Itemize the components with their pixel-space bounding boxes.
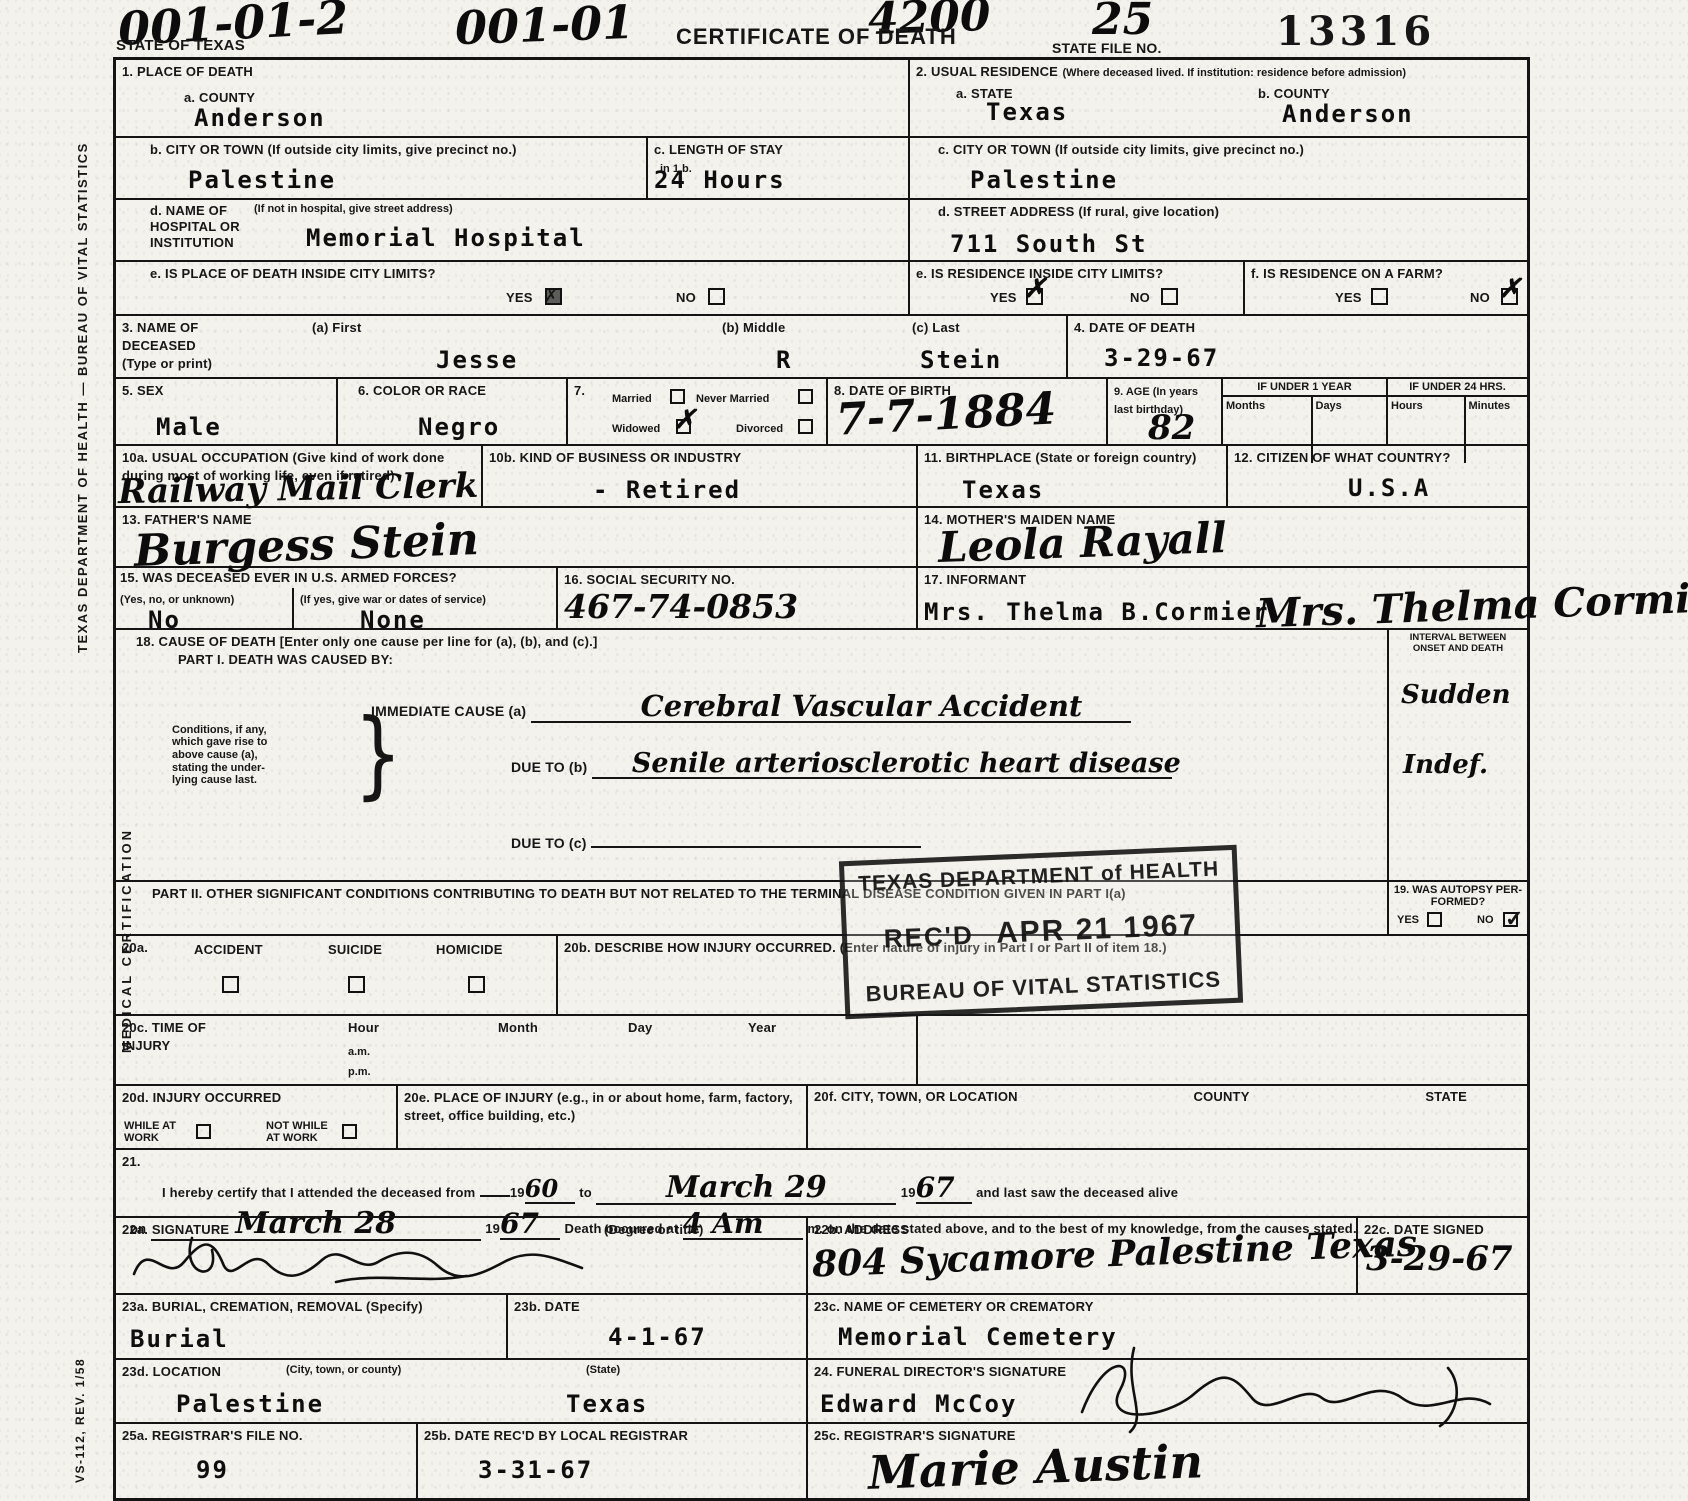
not-while-at-work-checkbox — [342, 1124, 357, 1139]
certification-num: 21. — [122, 1154, 141, 1169]
row-20d: 20d. INJURY OCCURRED WHILE AT WORK NOT W… — [116, 1084, 1527, 1149]
cert-to-date: March 29 — [666, 1170, 827, 1205]
armed-forces-sub2: (If yes, give war or dates of service) — [300, 594, 486, 606]
death-city-value: Palestine — [188, 168, 336, 192]
date-received-value: 3-31-67 — [478, 1458, 593, 1482]
registrar-file-value: 99 — [196, 1458, 229, 1482]
date-received-label: 25b. DATE REC'D BY LOCAL REGISTRAR — [424, 1428, 688, 1443]
homicide-checkbox — [468, 976, 485, 993]
injury-state-label: STATE — [1425, 1089, 1467, 1146]
physician-address-cell: 22b. ADDRESS 804 Sycamore Palestine Texa… — [806, 1218, 1356, 1293]
interval-column: INTERVAL BETWEEN ONSET AND DEATH Sudden … — [1387, 630, 1527, 880]
citizen-cell: 12. CITIZEN OF WHAT COUNTRY? U.S.A — [1226, 446, 1527, 506]
cert-from-year: 60 — [525, 1174, 558, 1203]
sex-label: 5. SEX — [122, 383, 164, 398]
interval-b-value: Indef. — [1403, 752, 1488, 778]
residence-city-value: Palestine — [970, 168, 1118, 192]
burial-state-cell: (State) Texas — [506, 1360, 806, 1423]
place-of-death-label: 1. PLACE OF DEATH — [122, 64, 253, 79]
middle-name-value: R — [776, 348, 792, 372]
residence-city-limits-cell: e. IS RESIDENCE INSIDE CITY LIMITS? YES … — [908, 262, 1243, 314]
suicide-label: SUICIDE — [328, 942, 382, 958]
date-of-death-label: 4. DATE OF DEATH — [1074, 320, 1195, 335]
accident-suicide-homicide-cell: 20a. ACCIDENT SUICIDE HOMICIDE — [116, 936, 556, 1014]
burial-date-value: 4-1-67 — [608, 1325, 707, 1349]
funeral-director-typed: Edward McCoy — [820, 1392, 1017, 1416]
cert-to-year: 67 — [916, 1171, 955, 1204]
no-label: NO — [1477, 914, 1494, 927]
burial-cell: 23a. BURIAL, CREMATION, REMOVAL (Specify… — [116, 1295, 506, 1358]
middle-name-cell: (b) Middle R — [596, 316, 906, 377]
industry-label: 10b. KIND OF BUSINESS OR INDUSTRY — [489, 450, 741, 465]
time-of-injury-cell: 20c. TIME OF INJURY Hour Month Day Year … — [116, 1016, 916, 1084]
sex-cell: 5. SEX Male — [116, 379, 336, 445]
occupation-cell: 10a. USUAL OCCUPATION (Give kind of work… — [116, 446, 481, 506]
row-5: 3. NAME OF DECEASED (Type or print) (a) … — [116, 314, 1527, 377]
mother-name-cell: 14. MOTHER'S MAIDEN NAME Leola Rayall — [916, 508, 1527, 566]
yes-checkbox — [1371, 288, 1388, 305]
if-under-24-hrs-cell: IF UNDER 24 HRS. Hours Minutes — [1386, 379, 1527, 445]
yes-checkbox — [1427, 912, 1442, 927]
yes-checkbox — [1026, 288, 1043, 305]
yes-checkbox — [545, 288, 562, 305]
birthplace-label: 11. BIRTHPLACE (State or foreign country… — [924, 450, 1197, 465]
yes-label: YES — [1397, 914, 1419, 927]
usual-residence-section: 2. USUAL RESIDENCE (Where deceased lived… — [908, 60, 1527, 136]
widowed-checkbox — [676, 419, 691, 434]
race-label: 6. COLOR OR RACE — [358, 383, 486, 398]
date-of-death-cell: 4. DATE OF DEATH 3-29-67 — [1066, 316, 1527, 377]
last-name-cell: (c) Last Stein — [906, 316, 1066, 377]
date-of-birth-cell: 8. DATE OF BIRTH 7-7-1884 — [826, 379, 1106, 445]
yes-label: YES — [1335, 290, 1362, 306]
hospital-paren: (If not in hospital, give street address… — [254, 203, 453, 216]
injury-occurred-label: 20d. INJURY OCCURRED — [122, 1090, 281, 1105]
informant-label: 17. INFORMANT — [924, 572, 1026, 587]
injury-location-cell: 20f. CITY, TOWN, OR LOCATION COUNTY STAT… — [806, 1086, 1527, 1149]
death-city-label: b. CITY OR TOWN (If outside city limits,… — [150, 142, 517, 157]
length-of-stay-label: c. LENGTH OF STAY — [654, 142, 783, 157]
hospital-label: d. NAME OF HOSPITAL OR INSTITUTION — [150, 203, 240, 250]
mother-name-value: Leola Rayall — [937, 517, 1227, 569]
ssn-label: 16. SOCIAL SECURITY NO. — [564, 572, 735, 587]
father-name-value: Burgess Stein — [133, 518, 479, 574]
received-stamp: TEXAS DEPARTMENT of HEALTH REC'D APR 21 … — [839, 845, 1243, 1020]
divorced-checkbox — [798, 419, 813, 434]
ssn-cell: 16. SOCIAL SECURITY NO. 467-74-0853 — [556, 568, 916, 628]
physician-address-label: 22b. ADDRESS — [814, 1222, 909, 1237]
burial-value: Burial — [130, 1327, 229, 1351]
county-value: Anderson — [194, 106, 326, 130]
row-8: 13. FATHER'S NAME Burgess Stein 14. MOTH… — [116, 506, 1527, 566]
last-name-label: (c) Last — [912, 320, 960, 335]
accident-label: ACCIDENT — [194, 942, 263, 958]
due-to-c-line — [591, 828, 921, 848]
cert-text-2: and last saw the deceased alive — [976, 1185, 1178, 1200]
interval-a-value: Sudden — [1401, 682, 1510, 708]
informant-signature: Mrs. Thelma Cormier — [1255, 577, 1688, 634]
handwritten-code-4: 25 — [1092, 0, 1153, 42]
marital-num: 7. — [574, 383, 585, 398]
armed-forces-cell: 15. WAS DECEASED EVER IN U.S. ARMED FORC… — [116, 568, 556, 628]
street-address-label: d. STREET ADDRESS (If rural, give locati… — [938, 204, 1219, 219]
burial-date-label: 23b. DATE — [514, 1299, 580, 1314]
funeral-director-signature-script — [1068, 1346, 1498, 1434]
pm-label: p.m. — [348, 1066, 371, 1079]
burial-location-label: 23d. LOCATION — [122, 1364, 221, 1379]
no-checkbox — [1501, 288, 1518, 305]
burial-state-sub: (State) — [586, 1364, 620, 1377]
age-value: 82 — [1148, 411, 1195, 445]
death-city-cell: b. CITY OR TOWN (If outside city limits,… — [116, 138, 646, 199]
accident-checkbox — [222, 976, 239, 993]
residence-county-value: Anderson — [1282, 102, 1414, 126]
cert-to-label: to — [579, 1185, 592, 1200]
due-to-b-label: DUE TO (b) — [511, 759, 587, 775]
residence-state-value: Texas — [986, 100, 1068, 124]
birthplace-value: Texas — [962, 478, 1044, 502]
burial-location-city: Palestine — [176, 1392, 324, 1416]
due-to-b-value: Senile arteriosclerotic heart disease — [632, 748, 1181, 779]
suicide-checkbox — [348, 976, 365, 993]
informant-cell: 17. INFORMANT Mrs. Thelma B.Cormier Mrs.… — [916, 568, 1527, 628]
handwritten-code-2: 001-01 — [454, 0, 635, 51]
place-of-injury-label: 20e. PLACE OF INJURY (e.g., in or about … — [404, 1090, 793, 1123]
stamp-date: APR 21 1967 — [995, 908, 1198, 949]
certificate-form: 1. PLACE OF DEATH a. COUNTY Anderson 2. … — [113, 57, 1530, 1501]
state-file-no-label: STATE FILE NO. — [1052, 40, 1162, 57]
spacer-cell — [1387, 936, 1527, 1014]
widowed-label: Widowed — [612, 423, 660, 436]
armed-forces-sub1: (Yes, no, or unknown) — [120, 594, 234, 606]
form-number-vertical-label: VS-112, REV. 1/58 — [74, 1348, 87, 1493]
no-checkbox — [708, 288, 725, 305]
day-label: Day — [628, 1020, 652, 1036]
under-24-hrs-label: IF UNDER 24 HRS. — [1388, 379, 1527, 398]
due-to-c-label: DUE TO (c) — [511, 835, 587, 851]
while-at-work-label: WHILE AT WORK — [124, 1120, 176, 1145]
date-of-birth-value: 7-7-1884 — [835, 387, 1057, 442]
physician-signature-script — [126, 1232, 596, 1290]
name-of-deceased-label-cell: 3. NAME OF DECEASED (Type or print) — [116, 316, 306, 377]
state-file-number: 13316 — [1276, 12, 1435, 52]
row-20a: 20a. ACCIDENT SUICIDE HOMICIDE 20b. DESC… — [116, 934, 1527, 1014]
hospital-cell: d. NAME OF HOSPITAL OR INSTITUTION (If n… — [116, 200, 908, 260]
married-checkbox — [670, 389, 685, 404]
injury-occurred-cell: 20d. INJURY OCCURRED WHILE AT WORK NOT W… — [116, 1086, 396, 1149]
marital-status-cell: 7. Married Never Married Widowed Divorce… — [566, 379, 826, 445]
yes-label: YES — [506, 290, 533, 306]
due-to-b-line: Senile arteriosclerotic heart disease — [592, 750, 1172, 779]
funeral-director-cell: 24. FUNERAL DIRECTOR'S SIGNATURE Edward … — [806, 1360, 1527, 1423]
age-cell: 9. AGE (In years last birthday) 82 — [1106, 379, 1221, 445]
year-label: Year — [748, 1020, 776, 1036]
spacer-cell — [916, 1016, 1527, 1084]
row-21-certification: 21. I hereby certify that I attended the… — [116, 1148, 1527, 1216]
row-part2: PART II. OTHER SIGNIFICANT CONDITIONS CO… — [116, 880, 1527, 935]
registrar-file-label: 25a. REGISTRAR'S FILE NO. — [122, 1428, 303, 1443]
row-22: 22a. SIGNATURE (Degree or title) 22b. AD… — [116, 1216, 1527, 1293]
date-received-cell: 25b. DATE REC'D BY LOCAL REGISTRAR 3-31-… — [416, 1424, 806, 1498]
last-name-value: Stein — [920, 348, 1002, 372]
divorced-label: Divorced — [736, 423, 783, 436]
brace-glyph: } — [354, 706, 402, 801]
am-label: a.m. — [348, 1046, 370, 1059]
residence-city-label: c. CITY OR TOWN (If outside city limits,… — [938, 142, 1304, 157]
race-value: Negro — [418, 415, 500, 439]
never-married-checkbox — [798, 389, 813, 404]
row-10-cause-of-death: 18. CAUSE OF DEATH [Enter only one cause… — [116, 628, 1527, 880]
place-of-injury-cell: 20e. PLACE OF INJURY (e.g., in or about … — [396, 1086, 806, 1149]
cause-of-death-label: 18. CAUSE OF DEATH [Enter only one cause… — [136, 634, 597, 649]
married-label: Married — [612, 393, 652, 406]
street-address-value: 711 South St — [950, 232, 1147, 256]
middle-name-label: (b) Middle — [722, 320, 785, 335]
street-address-cell: d. STREET ADDRESS (If rural, give locati… — [908, 200, 1527, 260]
row-9: 15. WAS DECEASED EVER IN U.S. ARMED FORC… — [116, 566, 1527, 628]
cause-of-death-main: 18. CAUSE OF DEATH [Enter only one cause… — [116, 630, 1387, 880]
degree-or-title-label: (Degree or title) — [604, 1222, 703, 1238]
under-1-year-label: IF UNDER 1 YEAR — [1223, 379, 1386, 398]
place-of-death-section: 1. PLACE OF DEATH a. COUNTY Anderson — [116, 60, 908, 136]
usual-residence-paren: (Where deceased lived. If institution: r… — [1063, 67, 1407, 79]
race-cell: 6. COLOR OR RACE Negro — [336, 379, 566, 445]
citizen-value: U.S.A — [1348, 476, 1430, 500]
conditions-note: Conditions, if any, which gave rise to a… — [172, 724, 342, 787]
residence-farm-cell: f. IS RESIDENCE ON A FARM? YES NO — [1243, 262, 1527, 314]
part1-label: PART I. DEATH WAS CAUSED BY: — [178, 652, 393, 667]
date-of-death-value: 3-29-67 — [1104, 346, 1219, 370]
ssn-value: 467-74-0853 — [564, 590, 798, 623]
first-name-value: Jesse — [436, 348, 518, 372]
registrar-signature-cell: 25c. REGISTRAR'S SIGNATURE Marie Austin — [806, 1424, 1527, 1498]
cert-19a: 19 — [510, 1185, 525, 1200]
citizen-label: 12. CITIZEN OF WHAT COUNTRY? — [1234, 450, 1450, 465]
dept-of-health-vertical-label: TEXAS DEPARTMENT OF HEALTH — BUREAU OF V… — [76, 125, 90, 670]
burial-location-cell: 23d. LOCATION (City, town, or county) Pa… — [116, 1360, 506, 1423]
row-7: 10a. USUAL OCCUPATION (Give kind of work… — [116, 444, 1527, 506]
length-of-stay-value: 24 Hours — [654, 168, 786, 192]
occupation-value: Railway Mail Clerk — [118, 469, 479, 509]
month-label: Month — [498, 1020, 538, 1036]
industry-value: - Retired — [593, 478, 741, 502]
usual-residence-label: 2. USUAL RESIDENCE — [916, 64, 1058, 79]
state-of-texas-label: STATE OF TEXAS — [116, 37, 245, 55]
immediate-cause-value: Cerebral Vascular Accident — [641, 689, 1083, 723]
no-checkbox — [1161, 288, 1178, 305]
no-label: NO — [676, 290, 696, 306]
burial-location-sub: (City, town, or county) — [286, 1364, 401, 1377]
no-checkbox — [1503, 912, 1518, 927]
row-3: d. NAME OF HOSPITAL OR INSTITUTION (If n… — [116, 198, 1527, 260]
informant-typed-value: Mrs. Thelma B.Cormier — [924, 600, 1269, 624]
row-20c: 20c. TIME OF INJURY Hour Month Day Year … — [116, 1014, 1527, 1084]
cert-text-1: I hereby certify that I attended the dec… — [162, 1185, 475, 1200]
birthplace-cell: 11. BIRTHPLACE (State or foreign country… — [916, 446, 1226, 506]
injury-city-label: 20f. CITY, TOWN, OR LOCATION — [814, 1089, 1018, 1146]
yes-label: YES — [990, 290, 1017, 306]
registrar-signature-script: Marie Austin — [867, 1439, 1203, 1497]
cemetery-label: 23c. NAME OF CEMETERY OR CREMATORY — [814, 1299, 1094, 1314]
cert-19b: 19 — [901, 1185, 916, 1200]
hour-label: Hour — [348, 1020, 379, 1036]
not-while-at-work-label: NOT WHILE AT WORK — [266, 1120, 328, 1145]
first-name-cell: (a) First Jesse — [306, 316, 596, 377]
length-of-stay-cell: c. LENGTH OF STAY in 1 b. 24 Hours — [646, 138, 908, 199]
burial-date-cell: 23b. DATE 4-1-67 — [506, 1295, 806, 1358]
registrar-file-cell: 25a. REGISTRAR'S FILE NO. 99 — [116, 1424, 416, 1498]
sex-value: Male — [156, 415, 222, 439]
immediate-cause-line: Cerebral Vascular Accident — [531, 692, 1131, 723]
physician-signature-cell: 22a. SIGNATURE (Degree or title) — [116, 1218, 806, 1293]
row-4: e. IS PLACE OF DEATH INSIDE CITY LIMITS?… — [116, 260, 1527, 314]
autopsy-cell: 19. WAS AUTOPSY PER- FORMED? YES NO — [1387, 882, 1527, 935]
father-name-cell: 13. FATHER'S NAME Burgess Stein — [116, 508, 916, 566]
death-city-limits-cell: e. IS PLACE OF DEATH INSIDE CITY LIMITS?… — [116, 262, 908, 314]
row-6: 5. SEX Male 6. COLOR OR RACE Negro 7. Ma… — [116, 377, 1527, 445]
certification-cell: 21. I hereby certify that I attended the… — [116, 1150, 1527, 1216]
death-certificate-scan: { "header": { "code1": "001-01-2", "code… — [0, 0, 1688, 1501]
funeral-director-label: 24. FUNERAL DIRECTOR'S SIGNATURE — [814, 1364, 1066, 1379]
if-under-1-year-cell: IF UNDER 1 YEAR Months Days — [1221, 379, 1386, 445]
row-23d: 23d. LOCATION (City, town, or county) Pa… — [116, 1358, 1527, 1423]
residence-city-cell: c. CITY OR TOWN (If outside city limits,… — [908, 138, 1527, 199]
homicide-label: HOMICIDE — [436, 942, 503, 958]
stamp-line1: TEXAS DEPARTMENT of HEALTH — [858, 858, 1220, 894]
injury-county-label: COUNTY — [1193, 1089, 1249, 1146]
row-2: b. CITY OR TOWN (If outside city limits,… — [116, 136, 1527, 199]
no-label: NO — [1130, 290, 1150, 306]
row-1: 1. PLACE OF DEATH a. COUNTY Anderson 2. … — [116, 60, 1527, 136]
stamp-recd-label: REC'D — [883, 919, 974, 953]
name-of-deceased-label: 3. NAME OF DECEASED (Type or print) — [122, 320, 212, 371]
industry-cell: 10b. KIND OF BUSINESS OR INDUSTRY - Reti… — [481, 446, 916, 506]
residence-farm-label: f. IS RESIDENCE ON A FARM? — [1251, 266, 1443, 281]
cell-20a-num: 20a. — [122, 940, 148, 955]
death-city-limits-label: e. IS PLACE OF DEATH INSIDE CITY LIMITS? — [150, 266, 436, 281]
while-at-work-checkbox — [196, 1124, 211, 1139]
interval-header: INTERVAL BETWEEN ONSET AND DEATH — [1395, 633, 1521, 655]
burial-label: 23a. BURIAL, CREMATION, REMOVAL (Specify… — [122, 1299, 423, 1314]
no-label: NO — [1470, 290, 1490, 306]
stamp-line3: BUREAU OF VITAL STATISTICS — [865, 969, 1221, 1006]
hospital-value: Memorial Hospital — [306, 226, 586, 250]
first-name-label: (a) First — [312, 320, 361, 335]
time-of-injury-label: 20c. TIME OF INJURY — [122, 1020, 206, 1053]
row-25: 25a. REGISTRAR'S FILE NO. 99 25b. DATE R… — [116, 1422, 1527, 1498]
page-title: CERTIFICATE OF DEATH — [676, 26, 957, 48]
never-married-label: Never Married — [696, 393, 769, 406]
burial-state-value: Texas — [566, 1392, 648, 1416]
